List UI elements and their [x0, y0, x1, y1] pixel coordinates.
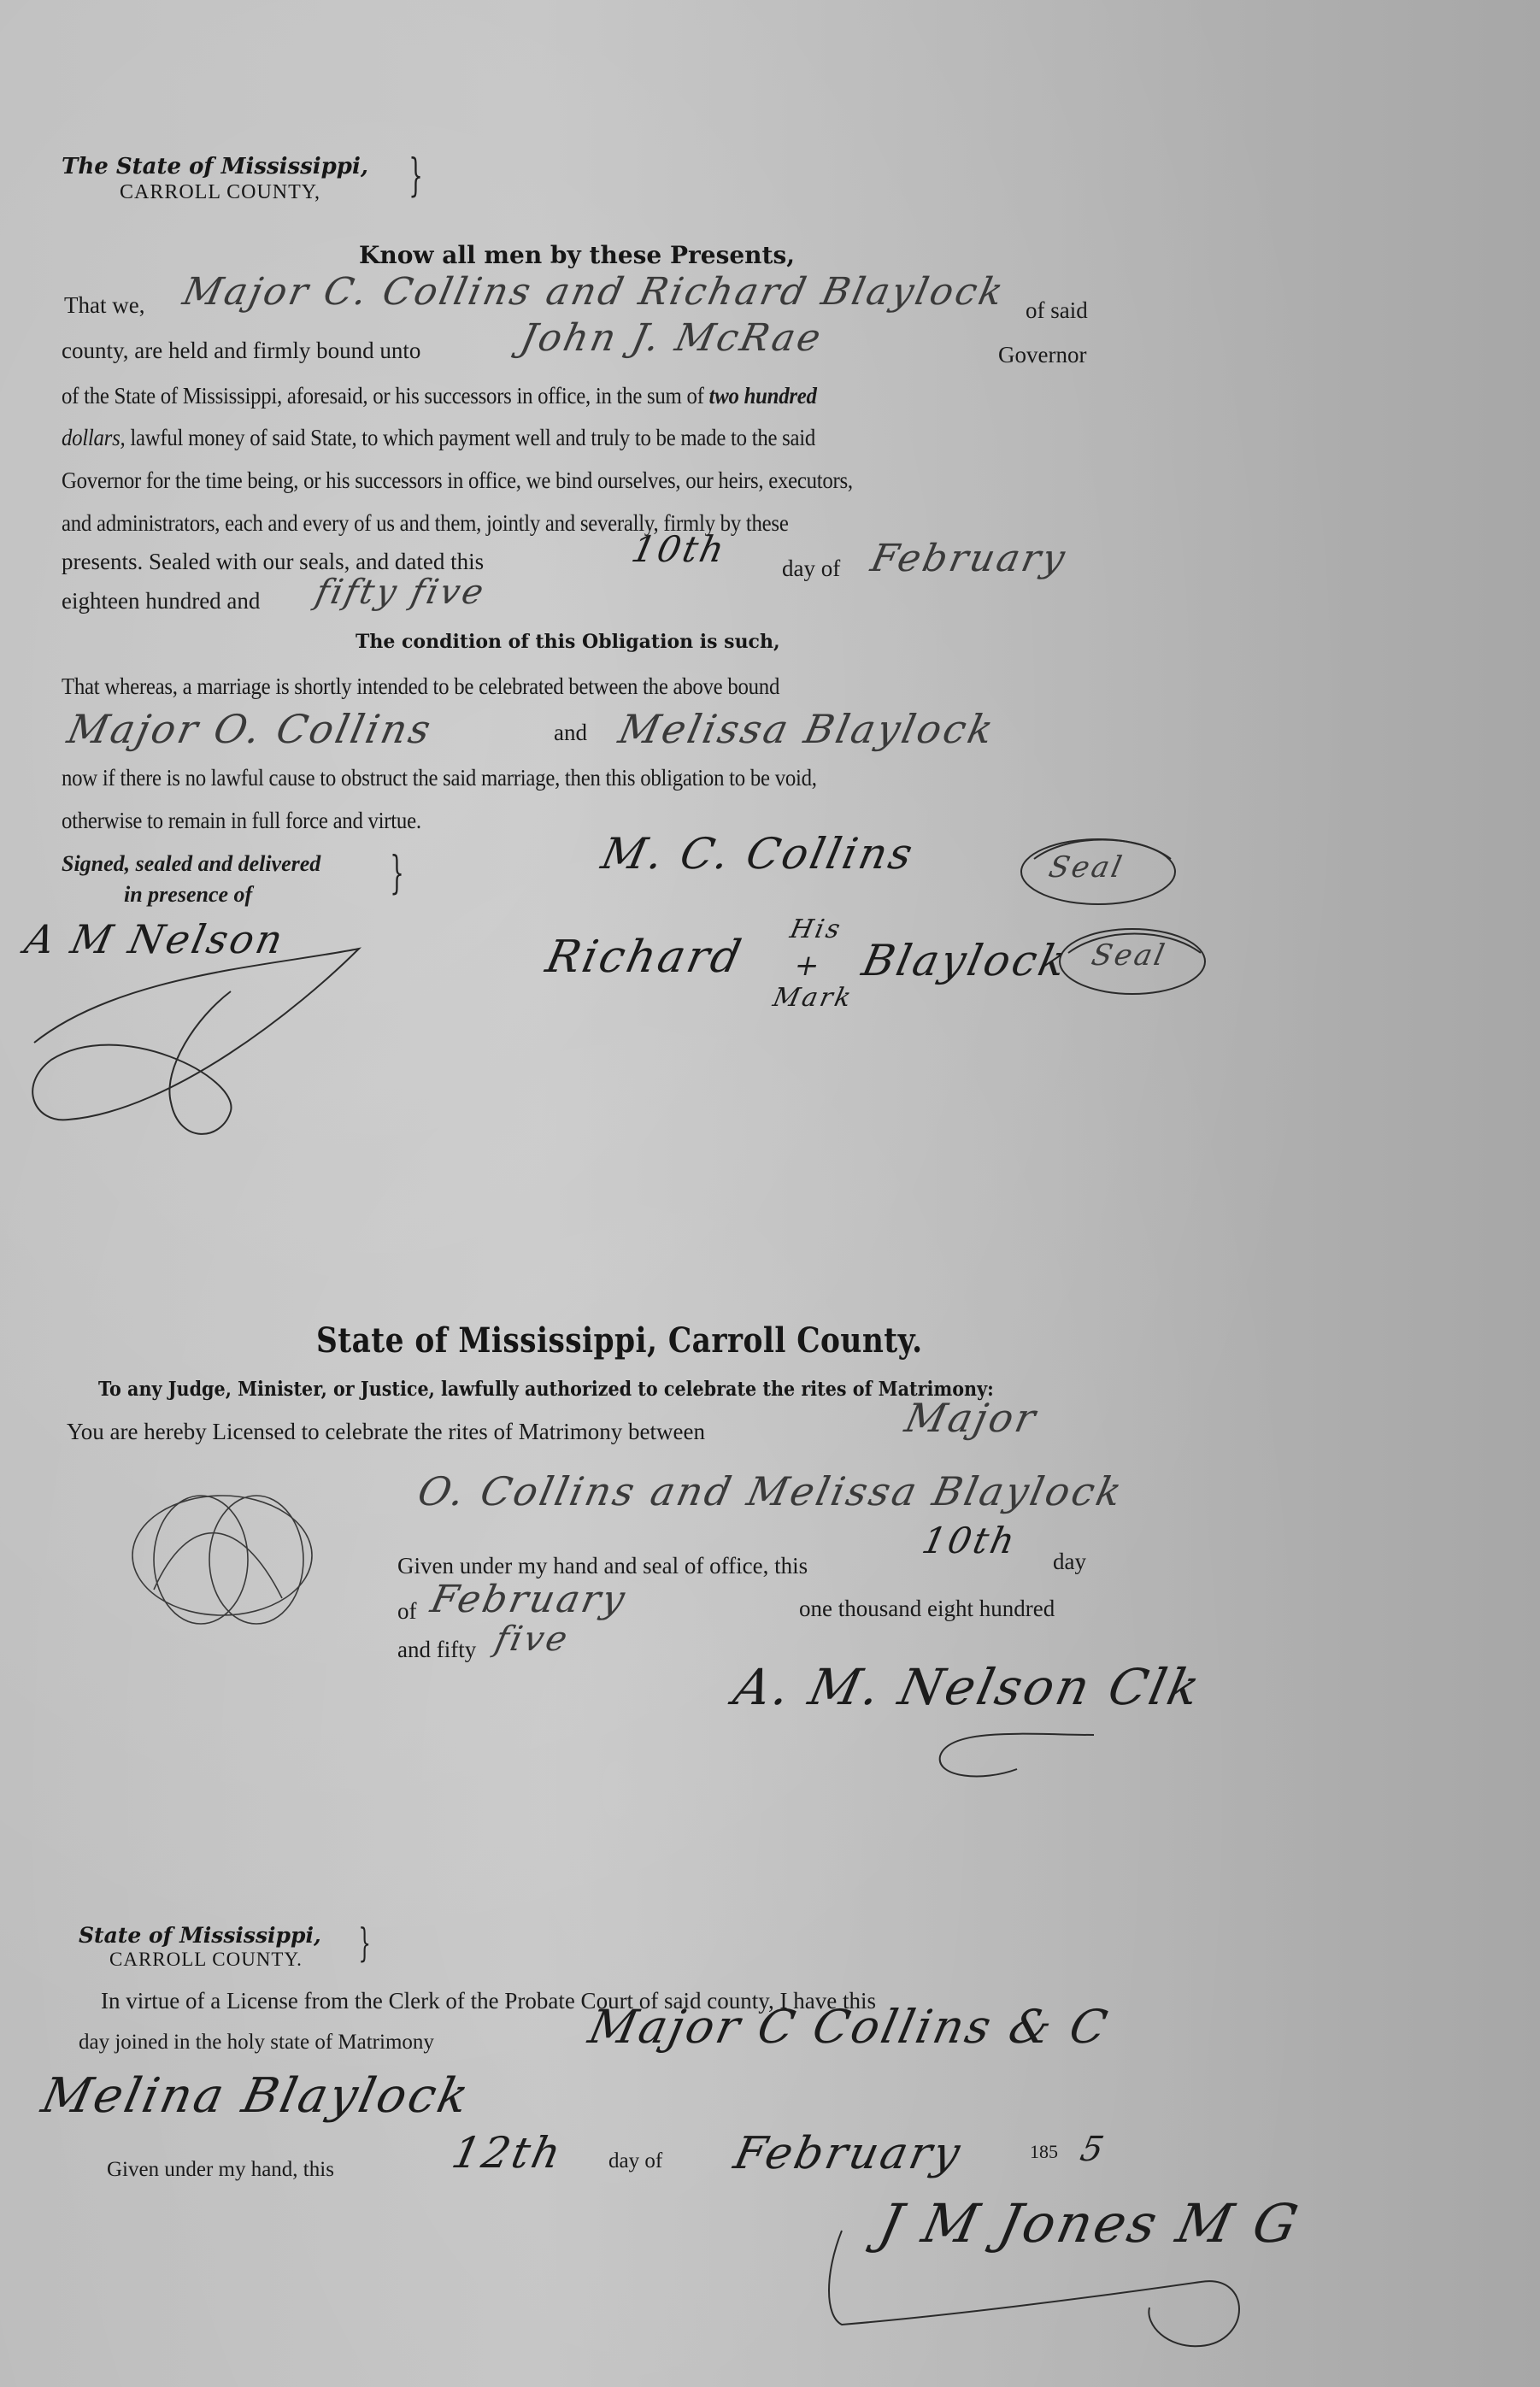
certificate-day-of: day of [608, 2149, 662, 2173]
bond-header-county: CARROLL COUNTY, [120, 181, 320, 204]
bond-line1-prefix: That we, [64, 292, 144, 319]
bond-header-state: The State of Mississippi, [62, 154, 368, 179]
certificate-header-county: CARROLL COUNTY. [109, 1949, 303, 1971]
witness-signature-flourish [17, 940, 376, 1145]
certificate-bride-handwritten: Melina Blaylock [37, 2068, 475, 2124]
license-of-label: of [397, 1598, 417, 1625]
bond-groom-handwritten: Major O. Collins [63, 706, 437, 752]
bond-governor-name-handwritten: John J. McRae [517, 316, 827, 360]
signer1-signature: M. C. Collins [597, 829, 920, 879]
marriage-record-page: The State of Mississippi, CARROLL COUNTY… [0, 0, 1540, 2387]
signer2-mark-icon: + [791, 949, 826, 983]
license-year-text: one thousand eight hundred [799, 1596, 1055, 1622]
witness-label-line2: in presence of [124, 882, 252, 908]
bond-line1-suffix: of said [1026, 297, 1088, 324]
signer2-his: His [787, 914, 845, 944]
bond-title: Know all men by these Presents, [359, 241, 795, 269]
bond-condition-and: and [554, 720, 587, 746]
certificate-day-handwritten: 12th [448, 2128, 567, 2178]
bond-line4: dollars, lawful money of said State, to … [62, 425, 815, 451]
bond-line5: Governor for the time being, or his succ… [62, 467, 853, 494]
bond-condition-line3: now if there is no lawful cause to obstr… [62, 765, 817, 791]
clerk-seal-monogram-icon [120, 1479, 342, 1649]
bond-principals-handwritten: Major C. Collins and Richard Blaylock [179, 270, 1009, 314]
witness-label-line1: Signed, sealed and delivered [62, 851, 320, 877]
certificate-header-brace: } [358, 1923, 371, 1962]
bond-dollars-text: dollars, [62, 425, 125, 450]
license-day-label: day [1053, 1549, 1086, 1575]
certificate-header-state: State of Mississippi, [79, 1923, 321, 1948]
bond-amount-text: two hundred [709, 383, 817, 409]
certificate-given-text: Given under my hand, this [107, 2158, 334, 2182]
bond-line3: of the State of Mississippi, aforesaid, … [62, 383, 817, 409]
bond-condition-line1: That whereas, a marriage is shortly inte… [62, 673, 779, 700]
bond-line8-prefix: eighteen hundred and [62, 588, 260, 614]
certificate-groom-handwritten: Major C Collins & C [584, 2000, 1114, 2054]
license-month-handwritten: February [427, 1578, 632, 1621]
license-given-text: Given under my hand and seal of office, … [397, 1553, 808, 1579]
bond-condition-line4: otherwise to remain in full force and vi… [62, 808, 421, 834]
license-address: To any Judge, Minister, or Justice, lawf… [98, 1378, 994, 1401]
certificate-line2: day joined in the holy state of Matrimon… [79, 2031, 434, 2055]
bond-line4-text: lawful money of said State, to which pay… [130, 425, 815, 450]
bond-line2-prefix: county, are held and firmly bound unto [62, 338, 420, 364]
signer1-seal-label: Seal [1046, 850, 1127, 885]
license-title: State of Mississippi, Carroll County. [316, 1320, 923, 1361]
certificate-month-handwritten: February [730, 2128, 967, 2179]
bond-year-handwritten: fifty five [312, 573, 489, 612]
signer2-seal-label: Seal [1089, 938, 1170, 973]
license-couple-handwritten: O. Collins and Melissa Blaylock [414, 1468, 1128, 1514]
bond-line7-prefix: presents. Sealed with our seals, and dat… [62, 549, 484, 575]
bond-line2-suffix: Governor [998, 342, 1086, 368]
bond-line3-text: of the State of Mississippi, aforesaid, … [62, 383, 704, 409]
signer2-first-name: Richard [542, 932, 748, 983]
witness-brace: } [390, 851, 404, 896]
signer2-mark-label: Mark [770, 983, 856, 1013]
clerk-signature: A. M. Nelson Clk [729, 1658, 1208, 1716]
bond-month-handwritten: February [867, 537, 1072, 580]
clerk-signature-flourish [932, 1718, 1102, 1786]
certificate-year-handwritten: 5 [1077, 2130, 1109, 2169]
officiant-signature-flourish [825, 2222, 1286, 2359]
license-and-fifty: and fifty [397, 1637, 476, 1663]
license-year-handwritten: five [491, 1620, 573, 1659]
bond-header-brace: } [409, 154, 423, 198]
bond-line7-mid: day of [782, 556, 840, 582]
signer2-last-name: Blaylock [858, 936, 1073, 985]
bond-condition-title: The condition of this Obligation is such… [356, 631, 780, 653]
certificate-year-printed: 185 [1030, 2141, 1058, 2163]
license-groom-first-handwritten: Major [901, 1395, 1042, 1441]
license-line1: You are hereby Licensed to celebrate the… [67, 1419, 705, 1445]
license-day-handwritten: 10th [919, 1520, 1021, 1561]
bond-day-handwritten: 10th [628, 528, 731, 570]
bond-bride-handwritten: Melissa Blaylock [614, 706, 999, 752]
